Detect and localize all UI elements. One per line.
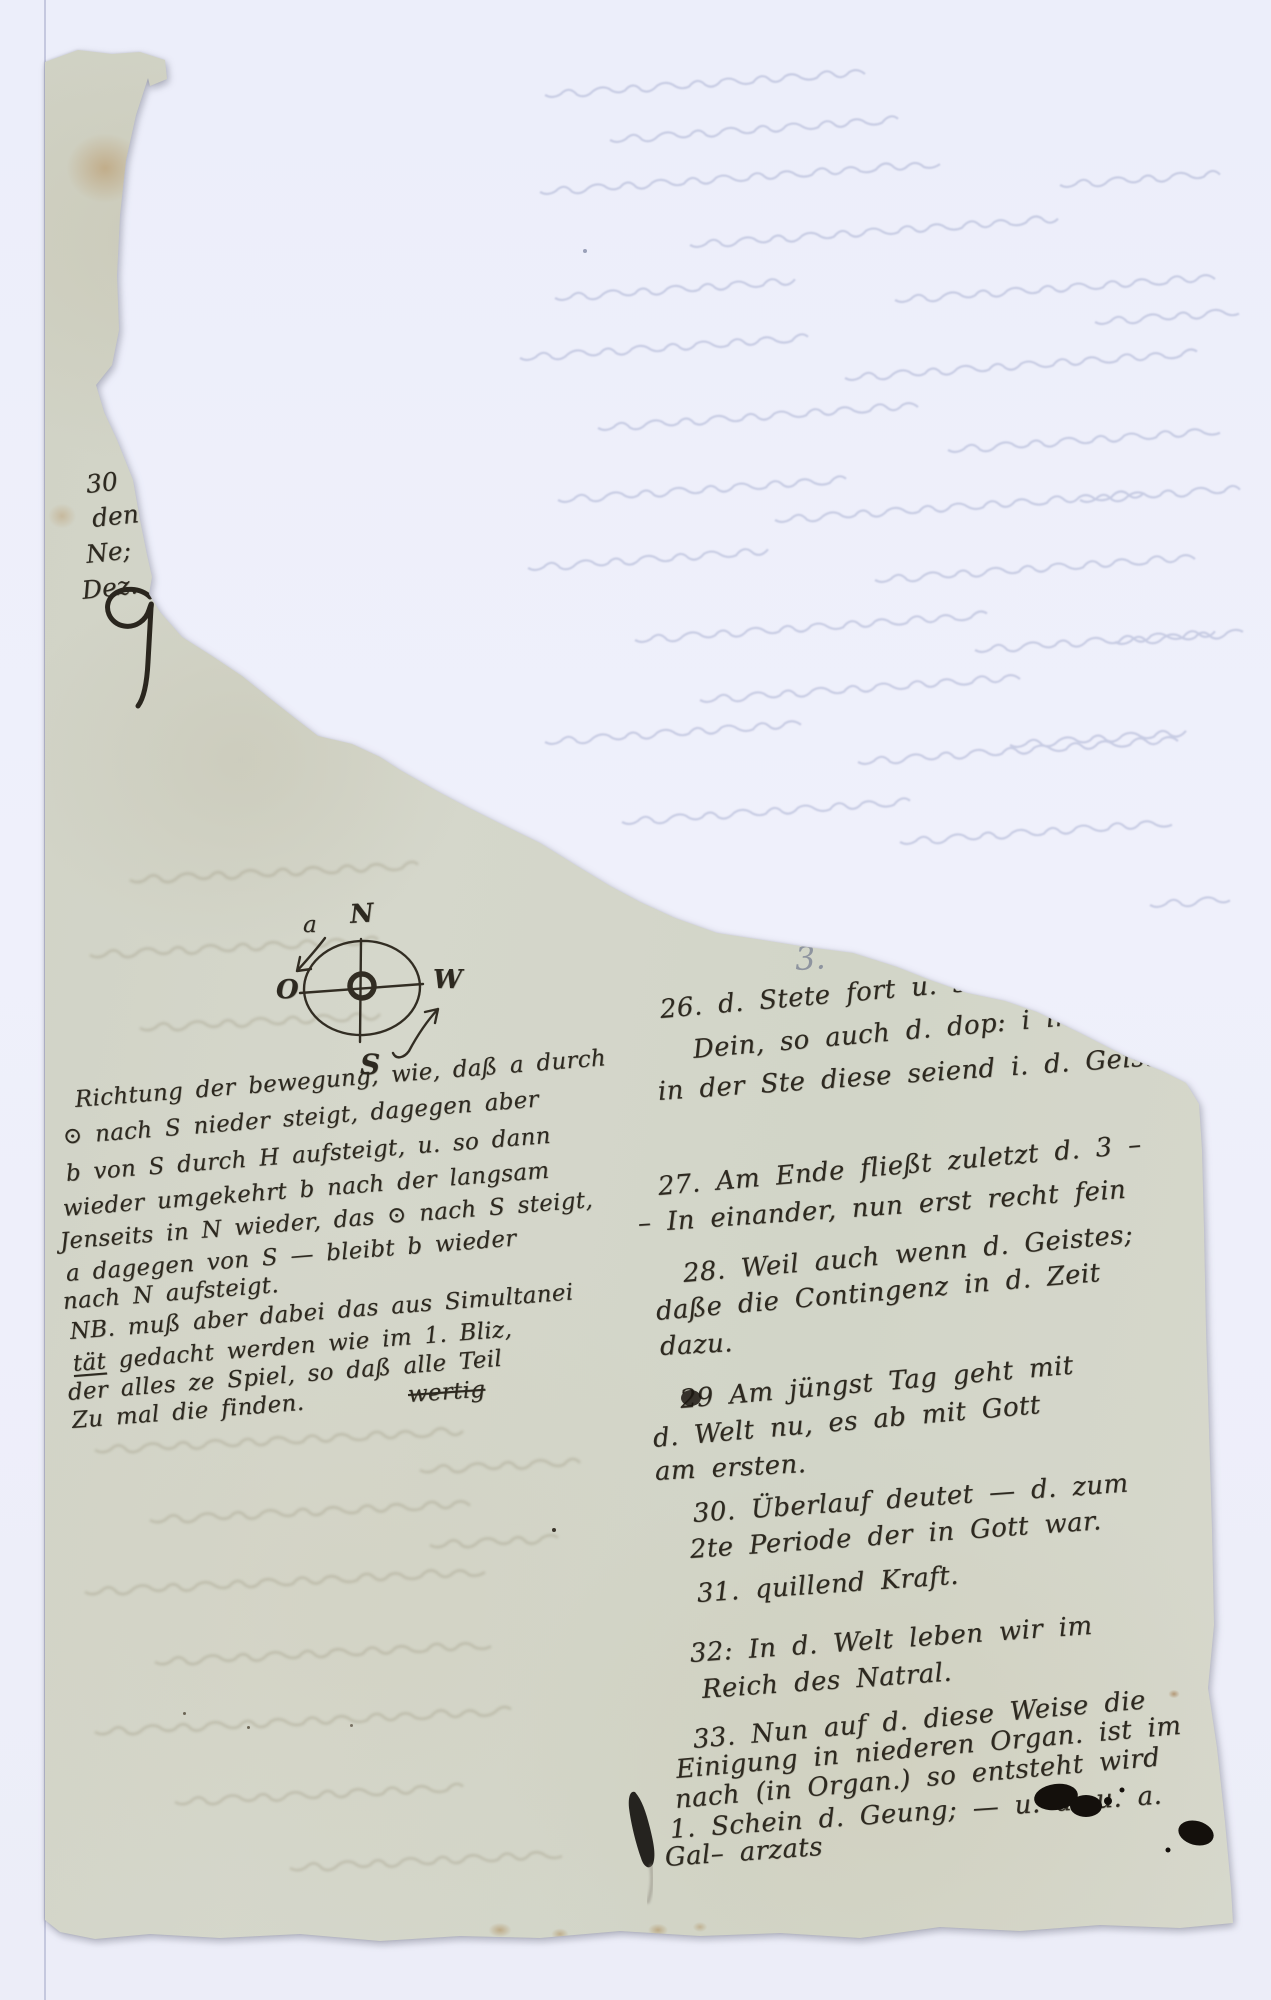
margin-note-line: 30: [84, 467, 119, 499]
paper-fragment-shadow: 30 den Ne; Dez. N a O W S 3. Richtung de…: [0, 0, 1271, 2000]
entry-28-line: dazu.: [659, 1328, 733, 1362]
entry-32-line: 32: In d. Welt leben wir im: [689, 1611, 1093, 1669]
pen-wipe-stroke: [629, 1792, 655, 1868]
ink-dot: [552, 1528, 556, 1532]
pencil-page-number: 3.: [794, 938, 826, 978]
compass-vertical-axis: [360, 939, 361, 1042]
compass-west-label: W: [433, 965, 462, 995]
underlined-word: tät: [72, 1348, 107, 1377]
paper-speck: [183, 1712, 186, 1715]
margin-note-line: den: [90, 499, 140, 533]
pen-wipe-tail: [648, 1866, 652, 1902]
paper-speck: [350, 1724, 353, 1727]
entry-29-line: am ersten.: [654, 1449, 807, 1487]
margin-note-line: Ne;: [84, 535, 132, 569]
paper-fragment: 30 den Ne; Dez. N a O W S 3. Richtung de…: [0, 0, 1271, 2000]
compass-arrow-west: [393, 1009, 438, 1057]
scan-speck: [583, 249, 587, 253]
struck-out-word: wertig: [407, 1377, 486, 1408]
manuscript-scan: { "pencil_page_number": "3.", "margin_no…: [0, 0, 1271, 2000]
compass-arrow-a: [297, 938, 325, 971]
paper-speck: [247, 1726, 250, 1729]
compass-circle: [302, 938, 423, 1038]
compass-a-label: a: [303, 912, 317, 938]
compass-center-ring: [350, 974, 374, 998]
entry-31-line: 31. quillend Kraft.: [696, 1561, 960, 1609]
compass-north-label: N: [349, 898, 375, 930]
margin-note-line: Dez.: [80, 570, 139, 605]
ink-blot-right-edge: [1166, 1817, 1217, 1853]
compass-horizontal-axis: [300, 984, 423, 993]
compass-east-label: O: [276, 975, 299, 1005]
